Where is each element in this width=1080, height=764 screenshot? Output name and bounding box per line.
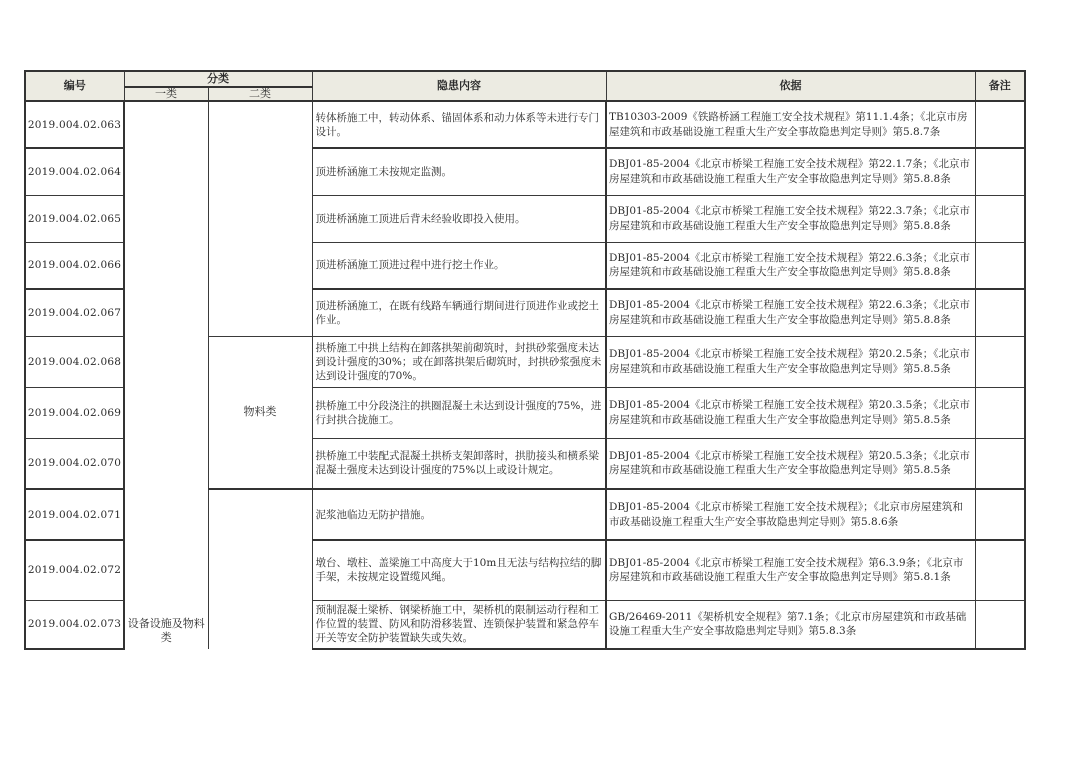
header-category: 分类 [124,71,312,87]
row-code: 2019.004.02.067 [25,289,124,336]
row-code: 2019.004.02.064 [25,148,124,195]
row-code: 2019.004.02.070 [25,438,124,489]
row-hazard: 顶进桥涵施工顶进后背未经验收即投入使用。 [312,195,606,242]
row-remark [975,489,1025,540]
row-remark [975,540,1025,600]
row-basis: DBJ01-85-2004《北京市桥梁工程施工安全技术规程》第22.3.7条；《… [606,195,975,242]
row-code: 2019.004.02.073 [25,600,124,649]
row-hazard: 拱桥施工中装配式混凝土拱桥支架卸落时，拱肋接头和横系梁混凝土强度未达到设计强度的… [312,438,606,489]
hazard-table: 编号 分类 隐患内容 依据 备注 一类 二类 2019.004.02.063 设… [24,70,1026,650]
row-hazard: 预制混凝土梁桥、钢梁桥施工中，架桥机的限制运动行程和工作位置的装置、防风和防滑移… [312,600,606,649]
row-hazard: 顶进桥涵施工，在既有线路车辆通行期间进行顶进作业或挖土作业。 [312,289,606,336]
category-level2-cell-empty [208,101,312,336]
row-basis: DBJ01-85-2004《北京市桥梁工程施工安全技术规程》第22.6.3条；《… [606,242,975,289]
category-level1-cell: 设备设施及物料类 [124,101,208,649]
row-remark [975,195,1025,242]
row-code: 2019.004.02.072 [25,540,124,600]
row-code: 2019.004.02.071 [25,489,124,540]
row-hazard: 拱桥施工中拱上结构在卸落拱架前砌筑时，封拱砂浆强度未达到设计强度的30%；或在卸… [312,336,606,387]
row-code: 2019.004.02.066 [25,242,124,289]
category-level2-cell-empty [208,489,312,649]
row-remark [975,148,1025,195]
row-basis: DBJ01-85-2004《北京市桥梁工程施工安全技术规程》第20.5.3条；《… [606,438,975,489]
row-hazard: 顶进桥涵施工未按规定监测。 [312,148,606,195]
row-code: 2019.004.02.063 [25,101,124,148]
row-code: 2019.004.02.068 [25,336,124,387]
row-basis: DBJ01-85-2004《北京市桥梁工程施工安全技术规程》；《北京市房屋建筑和… [606,489,975,540]
table-row: 2019.004.02.063 设备设施及物料类 转体桥施工中，转动体系、锚固体… [25,101,1025,148]
header-category-level2: 二类 [208,87,312,101]
row-code: 2019.004.02.069 [25,387,124,438]
row-basis: TB10303-2009《铁路桥涵工程施工安全技术规程》第11.1.4条；《北京… [606,101,975,148]
row-code: 2019.004.02.065 [25,195,124,242]
category-level2-cell: 物料类 [208,336,312,489]
header-remark: 备注 [975,71,1025,101]
row-basis: DBJ01-85-2004《北京市桥梁工程施工安全技术规程》第20.2.5条；《… [606,336,975,387]
header-category-level1: 一类 [124,87,208,101]
row-remark [975,336,1025,387]
row-hazard: 转体桥施工中，转动体系、锚固体系和动力体系等未进行专门设计。 [312,101,606,148]
row-remark [975,242,1025,289]
row-basis: DBJ01-85-2004《北京市桥梁工程施工安全技术规程》第6.3.9条；《北… [606,540,975,600]
header-hazard: 隐患内容 [312,71,606,101]
row-remark [975,289,1025,336]
row-basis: DBJ01-85-2004《北京市桥梁工程施工安全技术规程》第22.1.7条；《… [606,148,975,195]
row-remark [975,600,1025,649]
hazard-table-sheet: 编号 分类 隐患内容 依据 备注 一类 二类 2019.004.02.063 设… [24,70,1026,650]
row-hazard: 泥浆池临边无防护措施。 [312,489,606,540]
row-basis: GB/26469-2011《架桥机安全规程》第7.1条；《北京市房屋建筑和市政基… [606,600,975,649]
row-basis: DBJ01-85-2004《北京市桥梁工程施工安全技术规程》第22.6.3条；《… [606,289,975,336]
row-hazard: 顶进桥涵施工顶进过程中进行挖土作业。 [312,242,606,289]
row-hazard: 墩台、墩柱、盖梁施工中高度大于10m且无法与结构拉结的脚手架，未按规定设置缆风绳… [312,540,606,600]
header-basis: 依据 [606,71,975,101]
row-hazard: 拱桥施工中分段浇注的拱圈混凝土未达到设计强度的75%，进行封拱合拢施工。 [312,387,606,438]
row-basis: DBJ01-85-2004《北京市桥梁工程施工安全技术规程》第20.3.5条；《… [606,387,975,438]
header-code: 编号 [25,71,124,101]
row-remark [975,101,1025,148]
row-remark [975,438,1025,489]
row-remark [975,387,1025,438]
